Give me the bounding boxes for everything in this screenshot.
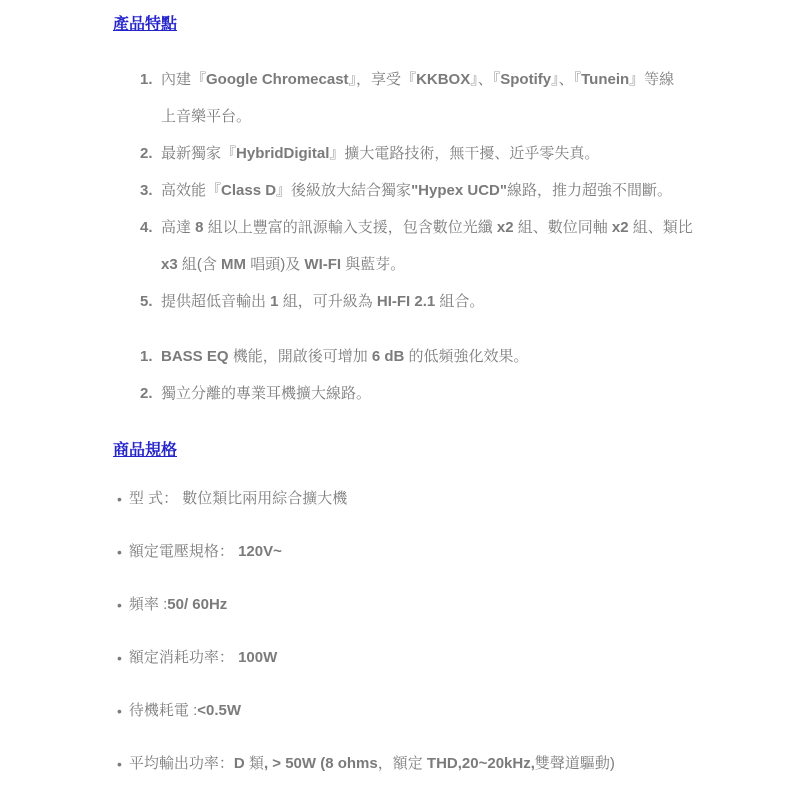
latin-text-run: 8 — [191, 219, 208, 236]
latin-text-run: Google Chromecast — [206, 71, 349, 88]
text-line: 最新獨家『HybridDigital』擴大電路技術，無干擾、近乎零失真。 — [161, 135, 599, 172]
spec-text: 額定消耗功率： 100W — [129, 650, 277, 666]
text-line: 上音樂平台。 — [161, 98, 674, 135]
numbered-list-item: 3.高效能『Class D』後級放大結合獨家"Hypex UCD"線路，推力超強… — [140, 172, 760, 209]
bullet-icon: • — [117, 544, 122, 560]
features-numbered-list-2: 1.BASS EQ 機能，開啟後可增加 6 dB 的低頻強化效果。2.獨立分離的… — [140, 338, 760, 412]
spec-list-item: •平均輸出功率：D 類, > 50W (8 ohms，額定 THD,20~20k… — [113, 756, 760, 772]
spec-text: 平均輸出功率：D 類, > 50W (8 ohms，額定 THD,20~20kH… — [129, 756, 615, 772]
bullet-icon: • — [117, 650, 122, 666]
spec-text: 待機耗電 :<0.5W — [129, 703, 241, 719]
list-item-number: 3. — [140, 172, 155, 209]
list-item-number: 2. — [140, 135, 155, 172]
spec-list-item: •頻率 :50/ 60Hz — [113, 597, 760, 613]
list-item-number: 2. — [140, 375, 155, 412]
spec-list-item: •待機耗電 :<0.5W — [113, 703, 760, 719]
spec-text: 頻率 :50/ 60Hz — [129, 597, 227, 613]
text-line: x3 組(含 MM 唱頭)及 WI-FI 與藍芽。 — [161, 246, 693, 283]
list-item-number: 4. — [140, 209, 155, 246]
list-item-text: 提供超低音輸出 1 組，可升級為 HI-FI 2.1 組合。 — [161, 283, 484, 320]
latin-text-run: 6 dB — [368, 348, 409, 365]
latin-text-run: 1 — [266, 293, 283, 310]
latin-text-run: Spotify — [500, 71, 551, 88]
latin-text-run: x2 — [608, 219, 633, 236]
latin-text-run: THD,20~20kHz, — [423, 755, 535, 772]
latin-text-run: BASS EQ — [161, 348, 233, 365]
latin-text-run: MM — [217, 256, 250, 273]
latin-text-run: D — [234, 755, 249, 772]
product-description-document: 產品特點 1.內建『Google Chromecast』，享受『KKBOX』、『… — [0, 0, 800, 800]
bullet-icon: • — [117, 756, 122, 772]
numbered-list-item: 2.獨立分離的專業耳機擴大線路。 — [140, 375, 760, 412]
specs-section-title: 商品規格 — [113, 440, 760, 461]
latin-text-run: 50/ 60Hz — [167, 596, 227, 613]
list-item-text: 內建『Google Chromecast』，享受『KKBOX』、『Spotify… — [161, 61, 674, 135]
text-line: BASS EQ 機能，開啟後可增加 6 dB 的低頻強化效果。 — [161, 338, 529, 375]
text-line: 內建『Google Chromecast』，享受『KKBOX』、『Spotify… — [161, 61, 674, 98]
spec-list-item: •型 式： 數位類比兩用綜合擴大機 — [113, 491, 760, 507]
latin-text-run: HybridDigital — [236, 145, 329, 162]
list-item-number: 5. — [140, 283, 155, 320]
features-section-title: 產品特點 — [113, 14, 760, 35]
numbered-list-item: 2.最新獨家『HybridDigital』擴大電路技術，無干擾、近乎零失真。 — [140, 135, 760, 172]
latin-text-run: x3 — [161, 256, 182, 273]
numbered-list-item: 1.BASS EQ 機能，開啟後可增加 6 dB 的低頻強化效果。 — [140, 338, 760, 375]
numbered-list-item: 1.內建『Google Chromecast』，享受『KKBOX』、『Spoti… — [140, 61, 760, 135]
latin-text-run: <0.5W — [197, 702, 241, 719]
latin-text-run: KKBOX — [416, 71, 470, 88]
list-item-number: 1. — [140, 61, 155, 98]
text-line: 高達 8 組以上豐富的訊源輸入支援，包含數位光纖 x2 組、數位同軸 x2 組、… — [161, 209, 693, 246]
list-item-number: 1. — [140, 338, 155, 375]
list-item-text: 獨立分離的專業耳機擴大線路。 — [161, 375, 371, 412]
list-item-text: 高達 8 組以上豐富的訊源輸入支援，包含數位光纖 x2 組、數位同軸 x2 組、… — [161, 209, 693, 283]
text-line: 提供超低音輸出 1 組，可升級為 HI-FI 2.1 組合。 — [161, 283, 484, 320]
numbered-list-item: 5.提供超低音輸出 1 組，可升級為 HI-FI 2.1 組合。 — [140, 283, 760, 320]
numbered-list-item: 4.高達 8 組以上豐富的訊源輸入支援，包含數位光纖 x2 組、數位同軸 x2 … — [140, 209, 760, 283]
latin-text-run: Tunein — [581, 71, 629, 88]
latin-text-run: WI-FI — [300, 256, 345, 273]
spec-list-item: •額定消耗功率： 100W — [113, 650, 760, 666]
latin-text-run: , > 50W (8 ohms — [264, 755, 378, 772]
spec-text: 型 式： 數位類比兩用綜合擴大機 — [129, 491, 347, 507]
latin-text-run: x2 — [493, 219, 518, 236]
latin-text-run: Class D — [221, 182, 276, 199]
bullet-icon: • — [117, 491, 122, 507]
text-line: 獨立分離的專業耳機擴大線路。 — [161, 375, 371, 412]
latin-text-run: 100W — [234, 649, 277, 666]
text-line: 高效能『Class D』後級放大結合獨家"Hypex UCD"線路，推力超強不間… — [161, 172, 672, 209]
latin-text-run: HI-FI 2.1 — [373, 293, 440, 310]
bullet-icon: • — [117, 597, 122, 613]
spec-text: 額定電壓規格： 120V~ — [129, 544, 282, 560]
list-item-text: 高效能『Class D』後級放大結合獨家"Hypex UCD"線路，推力超強不間… — [161, 172, 672, 209]
list-item-text: BASS EQ 機能，開啟後可增加 6 dB 的低頻強化效果。 — [161, 338, 529, 375]
specs-bullet-list: •型 式： 數位類比兩用綜合擴大機•額定電壓規格： 120V~•頻率 :50/ … — [113, 491, 760, 772]
bullet-icon: • — [117, 703, 122, 719]
features-numbered-list-1: 1.內建『Google Chromecast』，享受『KKBOX』、『Spoti… — [140, 61, 760, 320]
latin-text-run: 120V~ — [234, 543, 282, 560]
list-item-text: 最新獨家『HybridDigital』擴大電路技術，無干擾、近乎零失真。 — [161, 135, 599, 172]
spec-list-item: •額定電壓規格： 120V~ — [113, 544, 760, 560]
latin-text-run: "Hypex UCD" — [411, 182, 507, 199]
